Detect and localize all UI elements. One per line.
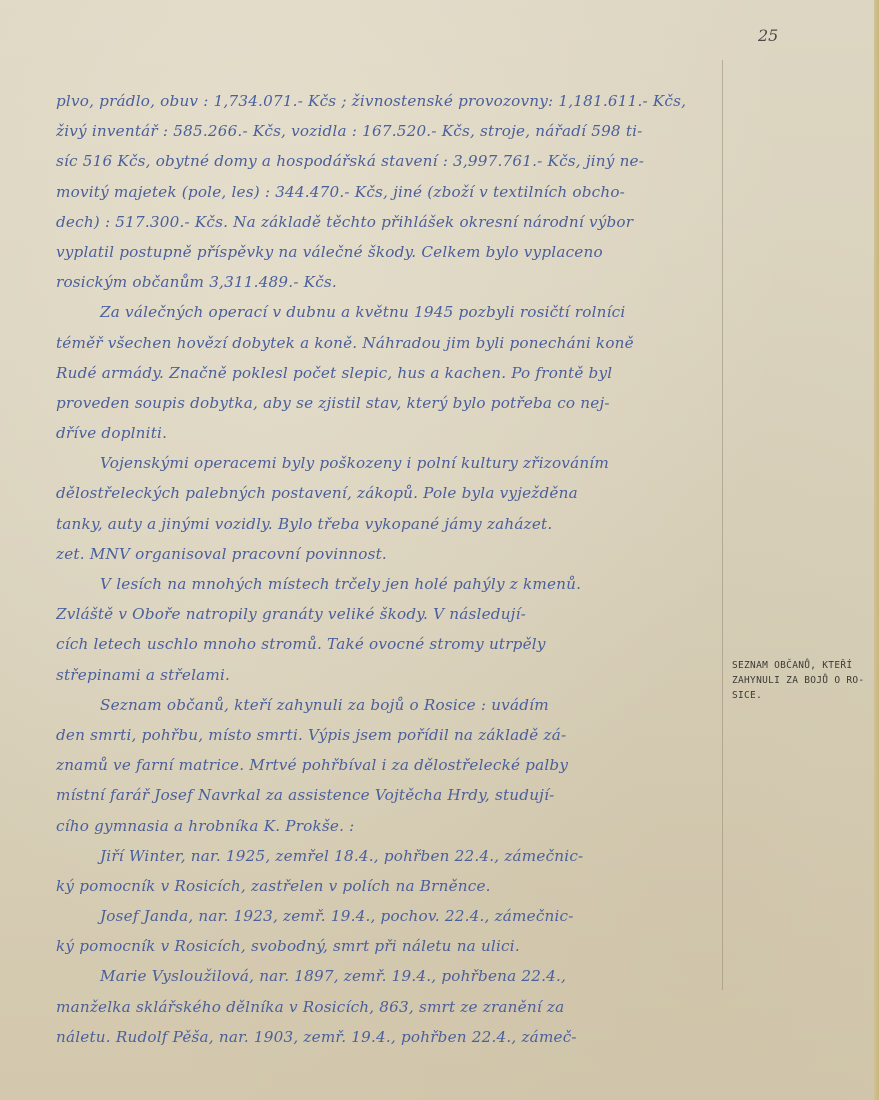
chronicle-page: 25 plvo, prádlo, obuv : 1,734.071.- Kčs … xyxy=(0,0,879,1100)
handwritten-line: dech) : 517.300.- Kčs. Na základě těchto… xyxy=(56,207,724,237)
handwritten-line: Marie Vysloužilová, nar. 1897, zemř. 19.… xyxy=(56,961,724,991)
margin-note: SEZNAM OBČANŮ, KTEŘÍZAHYNULI ZA BOJŮ O R… xyxy=(732,658,872,703)
handwritten-line: vyplatil postupně příspěvky na válečné š… xyxy=(56,237,724,267)
handwritten-line: Zvláště v Oboře natropily granáty veliké… xyxy=(56,599,724,629)
handwritten-line: živý inventář : 585.266.- Kčs, vozidla :… xyxy=(56,116,724,146)
handwritten-line: manželka sklářského dělníka v Rosicích, … xyxy=(56,992,724,1022)
handwritten-line: zet. MNV organisoval pracovní povinnost. xyxy=(56,539,724,569)
handwritten-line: ký pomocník v Rosicích, zastřelen v polí… xyxy=(56,871,724,901)
handwritten-line: Seznam občanů, kteří zahynuli za bojů o … xyxy=(56,690,724,720)
handwritten-line: znamů ve farní matrice. Mrtvé pohřbíval … xyxy=(56,750,724,780)
handwritten-line: Rudé armády. Značně poklesl počet slepic… xyxy=(56,358,724,388)
page-number: 25 xyxy=(758,26,778,45)
handwritten-line: místní farář Josef Navrkal za assistence… xyxy=(56,780,724,810)
handwritten-line: střepinami a střelami. xyxy=(56,660,724,690)
handwritten-line: náletu. Rudolf Pěša, nar. 1903, zemř. 19… xyxy=(56,1022,724,1052)
handwritten-line: ký pomocník v Rosicích, svobodný, smrt p… xyxy=(56,931,724,961)
margin-note-line: SEZNAM OBČANŮ, KTEŘÍ xyxy=(732,658,872,673)
handwritten-line: tanky, auty a jinými vozidly. Bylo třeba… xyxy=(56,509,724,539)
handwritten-line: movitý majetek (pole, les) : 344.470.- K… xyxy=(56,177,724,207)
handwritten-line: dělostřeleckých palebných postavení, zák… xyxy=(56,478,724,508)
handwritten-line: cího gymnasia a hrobníka K. Prokše. : xyxy=(56,811,724,841)
margin-note-line: ZAHYNULI ZA BOJŮ O RO- xyxy=(732,673,872,688)
handwritten-line: Jiří Winter, nar. 1925, zemřel 18.4., po… xyxy=(56,841,724,871)
handwritten-line: rosickým občanům 3,311.489.- Kčs. xyxy=(56,267,724,297)
handwritten-line: téměř všechen hovězí dobytek a koně. Náh… xyxy=(56,328,724,358)
handwritten-line: den smrti, pohřbu, místo smrti. Výpis js… xyxy=(56,720,724,750)
handwritten-line: Josef Janda, nar. 1923, zemř. 19.4., poc… xyxy=(56,901,724,931)
handwritten-line: Vojenskými operacemi byly poškozeny i po… xyxy=(56,448,724,478)
handwritten-line: proveden soupis dobytka, aby se zjistil … xyxy=(56,388,724,418)
margin-note-line: SICE. xyxy=(732,688,872,703)
handwritten-body: plvo, prádlo, obuv : 1,734.071.- Kčs ; ž… xyxy=(56,86,724,1052)
handwritten-line: dříve doplniti. xyxy=(56,418,724,448)
handwritten-line: cích letech uschlo mnoho stromů. Také ov… xyxy=(56,629,724,659)
handwritten-line: síc 516 Kčs, obytné domy a hospodářská s… xyxy=(56,146,724,176)
handwritten-line: Za válečných operací v dubnu a květnu 19… xyxy=(56,297,724,327)
handwritten-line: V lesích na mnohých místech trčely jen h… xyxy=(56,569,724,599)
handwritten-line: plvo, prádlo, obuv : 1,734.071.- Kčs ; ž… xyxy=(56,86,724,116)
page-edge xyxy=(874,0,879,1100)
